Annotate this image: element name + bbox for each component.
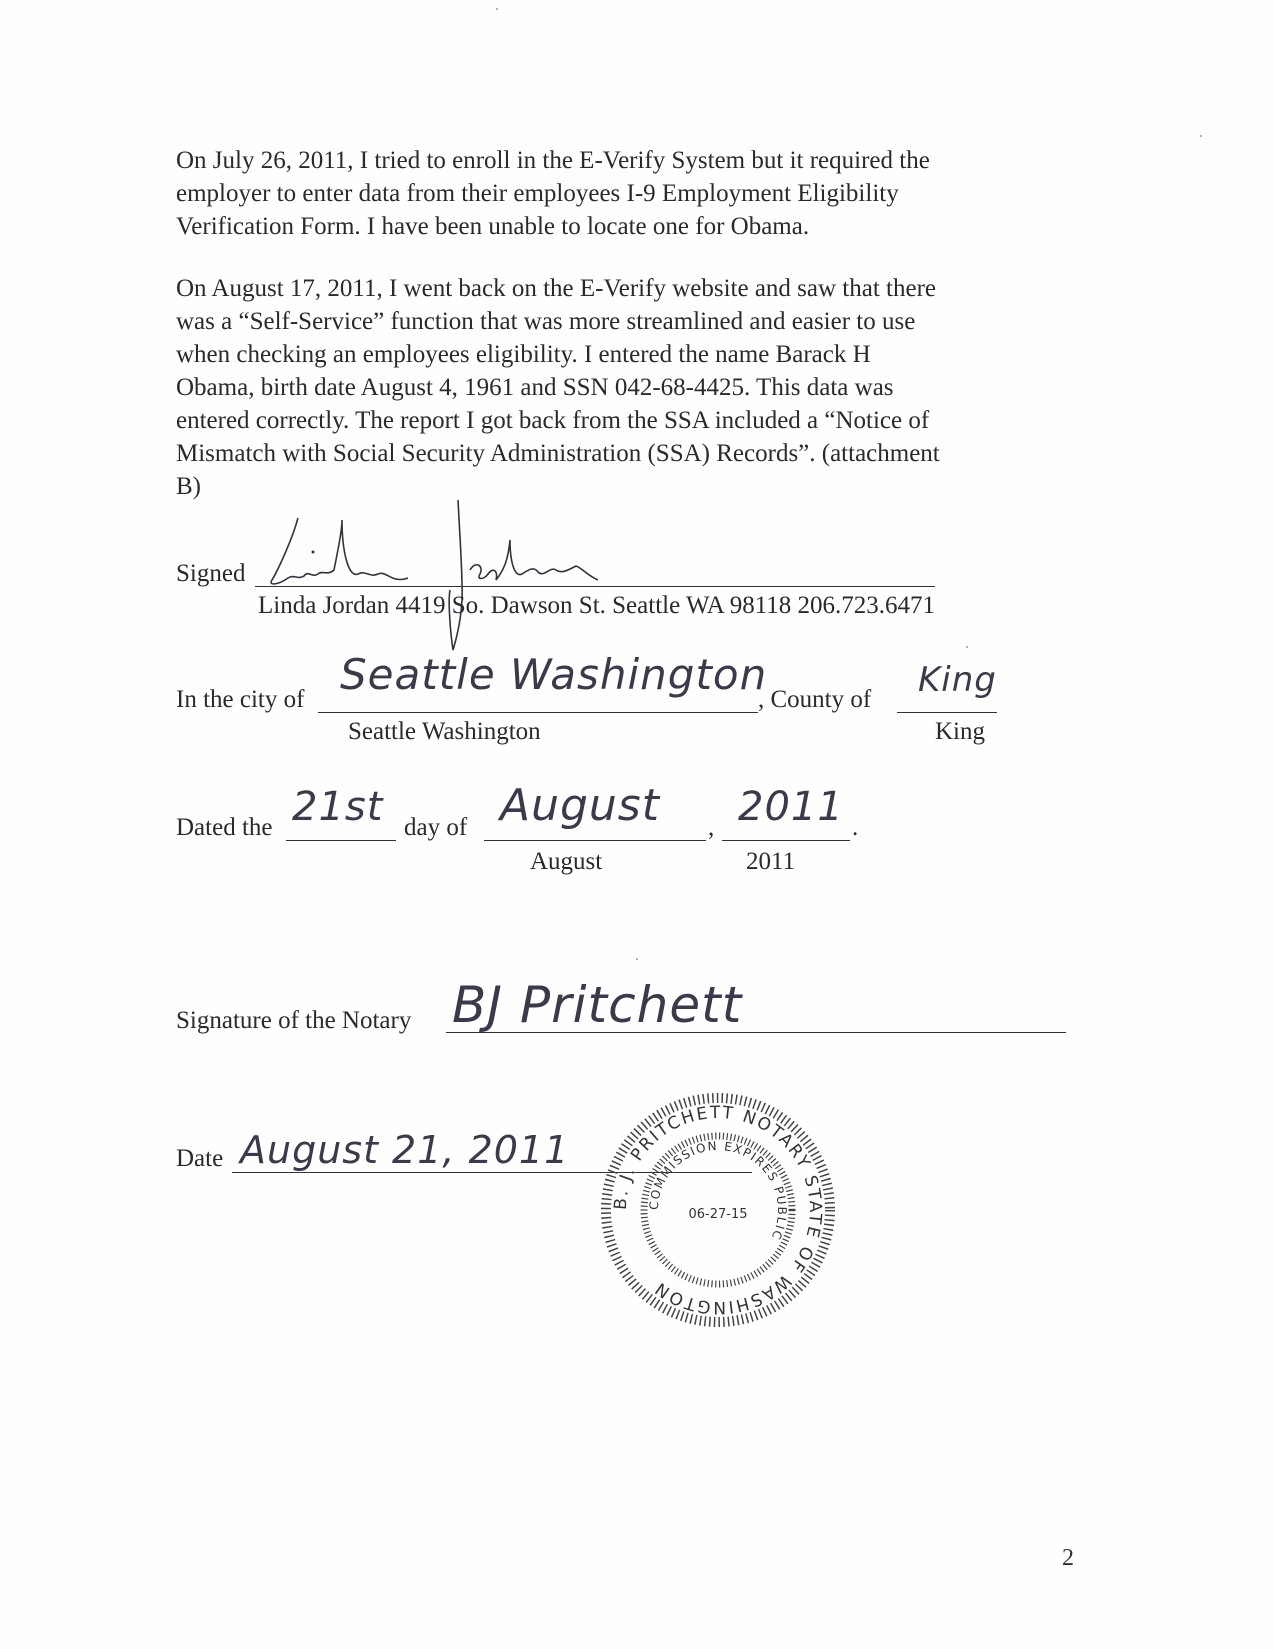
paragraph-line: On July 26, 2011, I tried to enroll in t… [176,144,1076,177]
year-underline [722,840,850,841]
county-underline [897,712,997,713]
paragraph-line: On August 17, 2011, I went back on the E… [176,272,1076,305]
comma: , [708,814,714,842]
year-handwritten: 2011 [738,784,844,830]
signer-name-address: Linda Jordan 4419 So. Dawson St. Seattle… [258,592,935,620]
notary-signature-label: Signature of the Notary [176,1007,411,1035]
scan-speck [1200,135,1202,137]
paragraph-line: entered correctly. The report I got back… [176,404,1076,437]
paragraph-august-self-service: On August 17, 2011, I went back on the E… [176,272,1076,503]
county-handwritten: King [918,660,997,700]
notary-date-handwritten: August 21, 2011 [240,1128,569,1172]
month-handwritten: August [500,780,660,831]
paragraph-line: employer to enter data from their employ… [176,177,1076,210]
year-typed: 2011 [746,848,795,876]
county-typed: King [935,718,985,746]
scan-speck [496,8,498,10]
paragraph-july-enrollment: On July 26, 2011, I tried to enroll in t… [176,144,1076,243]
day-of-label: day of [404,814,467,842]
seal-expiry: 06-27-15 [688,1207,747,1222]
month-typed: August [530,848,602,876]
signed-label: Signed [176,560,245,588]
city-label: In the city of [176,686,304,714]
paragraph-line: B) [176,470,1076,503]
paragraph-line: Mismatch with Social Security Administra… [176,437,1076,470]
month-underline [484,840,706,841]
page-number: 2 [1062,1545,1074,1572]
county-label: , County of [758,686,871,714]
paragraph-line: when checking an employees eligibility. … [176,338,1076,371]
city-handwritten: Seattle Washington [340,650,767,699]
document-page: On July 26, 2011, I tried to enroll in t… [0,0,1274,1649]
period: . [852,814,858,842]
city-typed: Seattle Washington [348,718,541,746]
notary-date-label: Date [176,1145,223,1173]
day-handwritten: 21st [292,784,383,830]
paragraph-line: Verification Form. I have been unable to… [176,210,1076,243]
dated-label: Dated the [176,814,272,842]
city-underline [318,712,758,713]
notary-seal: B. J. PRITCHETT NOTARY STATE OF WASHINGT… [598,1090,838,1330]
seal-commission-text: COMMISSION EXPIRES PUBLIC [647,1139,789,1243]
paragraph-line: was a “Self-Service” function that was m… [176,305,1076,338]
scan-speck [966,646,968,648]
day-underline [286,840,396,841]
notary-signature-handwritten: BJ Pritchett [452,976,742,1034]
scan-speck [636,958,638,960]
paragraph-line: Obama, birth date August 4, 1961 and SSN… [176,371,1076,404]
handwritten-signature-linda-jordan [258,500,658,670]
